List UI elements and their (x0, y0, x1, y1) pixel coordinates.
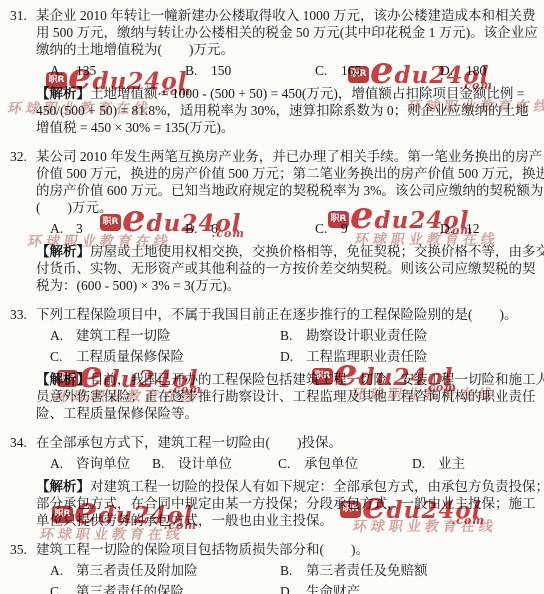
option-label: A. (50, 562, 68, 579)
option-b: B.6 (185, 220, 315, 237)
analysis-label: 【解析】 (36, 86, 90, 101)
question-31: 31. 某企业 2010 年转让一幢新建办公楼取得收入 1000 万元，该办公楼… (10, 7, 530, 136)
analysis-line: 部分承包方式，在合同中规定由某一方投保；分段承包方式，一般由业主投保；施工 (36, 495, 530, 512)
analysis-block: 【解析】目前，我国已开办的工程保险包括建筑工程一切险、安装工程一切险和施工人 员… (36, 371, 530, 422)
question-number: 32. (10, 148, 27, 165)
stem-line: ( )万元。 (36, 199, 530, 216)
option-label: A. (50, 327, 68, 344)
analysis-label: 【解析】 (36, 244, 90, 259)
option-d: D.工程监理职业责任险 (280, 348, 428, 365)
option-text: 135 (76, 63, 96, 78)
option-b: B.第三者责任及免赔额 (280, 562, 428, 579)
analysis-block: 【解析】对建筑工程一切险的投保人有如下规定：全部承包方式，由承包方负责投保； 部… (36, 478, 530, 529)
option-text: 勘察设计职业责任险 (306, 328, 428, 343)
option-text: 生命财产 (306, 584, 360, 594)
option-text: 工程监理职业责任险 (306, 349, 428, 364)
analysis-line: 【解析】目前，我国已开办的工程保险包括建筑工程一切险、安装工程一切险和施工人 (36, 371, 530, 388)
options-row: A.3 B.6 C.9 D.12 (36, 220, 530, 237)
option-label: C. (315, 62, 333, 79)
question-32: 32. 某公司 2010 年发生两笔互换房产业务，并已办理了相关手续。第一笔业务… (10, 148, 530, 294)
stem-line: 下列工程保险项目中，不属于我国目前正在逐步推行的工程保险险别的是( )。 (36, 306, 530, 323)
options-row: A.建筑工程一切险 B.勘察设计职业责任险 (36, 327, 530, 344)
options-row: A.135 B.150 C.165 D.180 (36, 62, 530, 79)
option-text: 咨询单位 (76, 456, 130, 471)
option-text: 工程质量保修保险 (76, 349, 184, 364)
analysis-label: 【解析】 (36, 372, 90, 387)
option-a: A.135 (50, 62, 185, 79)
analysis-line: 【解析】土地增值额 = 1000 - (500 + 50) = 450(万元)，… (36, 85, 530, 102)
analysis-line: 税为：(600 - 500) × 3% = 3(万元)。 (36, 277, 530, 294)
option-d: D.业主 (412, 455, 465, 472)
option-b: B.设计单位 (152, 455, 278, 472)
question-number: 33. (10, 306, 27, 323)
analysis-label: 【解析】 (36, 479, 90, 494)
option-label: A. (50, 62, 68, 79)
exam-page: 31. 某企业 2010 年转让一幢新建办公楼取得收入 1000 万元，该办公楼… (0, 0, 544, 594)
option-text: 第三者责任的保险 (76, 584, 184, 594)
option-text: 第三者责任及免赔额 (306, 563, 428, 578)
question-34: 34. 在全部承包方式下，建筑工程一切险由( )投保。 A.咨询单位 B.设计单… (10, 434, 530, 529)
option-label: B. (185, 62, 203, 79)
option-text: 建筑工程一切险 (76, 328, 171, 343)
analysis-line: 【解析】房屋或土地使用权相交换，交换价格相等，免征契税；交换价格不等，由多交 (36, 243, 530, 260)
option-label: B. (280, 327, 298, 344)
option-text: 业主 (438, 456, 465, 471)
option-c: C.9 (315, 220, 440, 237)
option-text: 3 (76, 221, 83, 236)
option-c: C.165 (315, 62, 440, 79)
stem-line: 建筑工程一切险的保险项目包括物质损失部分和( )。 (36, 541, 530, 558)
analysis-text: 房屋或土地使用权相交换，交换价格相等，免征契税；交换价格不等，由多交 (90, 244, 544, 259)
stem-line: 某公司 2010 年发生两笔互换房产业务，并已办理了相关手续。第一笔业务换出的房… (36, 148, 530, 165)
options-row: C.第三者责任的保险 D.生命财产 (36, 583, 530, 594)
option-d: D.生命财产 (280, 583, 360, 594)
option-a: A.第三者责任及附加险 (50, 562, 280, 579)
option-label: A. (50, 455, 68, 472)
option-label: C. (50, 583, 68, 594)
option-label: C. (315, 220, 333, 237)
question-number: 35. (10, 541, 27, 558)
option-b: B.勘察设计职业责任险 (280, 327, 428, 344)
option-label: D. (412, 455, 430, 472)
options-row: A.咨询单位 B.设计单位 C.承包单位 D.业主 (36, 455, 530, 472)
option-text: 设计单位 (178, 456, 232, 471)
question-number: 31. (10, 7, 27, 24)
question-35: 35. 建筑工程一切险的保险项目包括物质损失部分和( )。 A.第三者责任及附加… (10, 541, 530, 594)
question-33: 33. 下列工程保险项目中，不属于我国目前正在逐步推行的工程保险险别的是( )。… (10, 306, 530, 422)
analysis-block: 【解析】房屋或土地使用权相交换，交换价格相等，免征契税；交换价格不等，由多交 付… (36, 243, 530, 294)
option-d: D.180 (440, 62, 486, 79)
option-label: D. (280, 583, 298, 594)
option-text: 150 (211, 63, 231, 78)
option-label: D. (280, 348, 298, 365)
analysis-text: 土地增值额 = 1000 - (500 + 50) = 450(万元)，增值额占… (90, 86, 524, 101)
options-row: C.工程质量保修保险 D.工程监理职业责任险 (36, 348, 530, 365)
option-label: D. (440, 62, 458, 79)
option-a: A.建筑工程一切险 (50, 327, 280, 344)
analysis-line: 增值税 = 450 × 30% = 135(万元)。 (36, 119, 530, 136)
option-label: B. (185, 220, 203, 237)
option-d: D.12 (440, 220, 480, 237)
option-label: B. (152, 455, 170, 472)
option-text: 承包单位 (304, 456, 358, 471)
option-text: 6 (211, 221, 218, 236)
stem-line: 某企业 2010 年转让一幢新建办公楼取得收入 1000 万元，该办公楼建造成本… (36, 7, 530, 24)
option-a: A.咨询单位 (50, 455, 152, 472)
option-text: 165 (341, 63, 361, 78)
option-label: A. (50, 220, 68, 237)
analysis-block: 【解析】土地增值额 = 1000 - (500 + 50) = 450(万元)，… (36, 85, 530, 136)
stem-line: 的房产价值 600 万元。已知当地政府规定的契税税率为 3%。该公司应缴纳的契税… (36, 182, 530, 199)
option-label: B. (280, 562, 298, 579)
option-text: 180 (466, 63, 486, 78)
analysis-line: 员意外伤害保险；正在逐步推行勘察设计、工程监理及其他工程咨询机构的职业责任 (36, 388, 530, 405)
analysis-line: 单位只提供劳务的承包方式，一般也由业主投保。 (36, 512, 530, 529)
question-number: 34. (10, 434, 27, 451)
analysis-line: 险、工程质量保修保险等。 (36, 405, 530, 422)
option-c: C.第三者责任的保险 (50, 583, 280, 594)
option-c: C.工程质量保修保险 (50, 348, 280, 365)
stem-line: 用 500 万元，缴纳与转让办公楼相关的税金 50 万元(其中印花税金 1 万元… (36, 24, 530, 41)
stem-line: 缴纳的土地增值税为( )万元。 (36, 41, 530, 58)
analysis-text: 对建筑工程一切险的投保人有如下规定：全部承包方式，由承包方负责投保； (90, 479, 544, 494)
analysis-line: 【解析】对建筑工程一切险的投保人有如下规定：全部承包方式，由承包方负责投保； (36, 478, 530, 495)
option-text: 第三者责任及附加险 (76, 563, 198, 578)
analysis-line: 付货币、实物、无形资产或其他利益的一方按价差交纳契税。则该公司应缴契税的契 (36, 260, 530, 277)
option-c: C.承包单位 (278, 455, 412, 472)
option-b: B.150 (185, 62, 315, 79)
option-label: C. (50, 348, 68, 365)
analysis-text: 目前，我国已开办的工程保险包括建筑工程一切险、安装工程一切险和施工人 (90, 372, 544, 387)
analysis-line: 450/(500 + 50) = 81.8%，适用税率为 30%，速算扣除系数为… (36, 102, 530, 119)
stem-line: 价值 500 万元，换进的房产价值 500 万元；第二笔业务换出的房产价值 50… (36, 165, 530, 182)
option-label: D. (440, 220, 458, 237)
option-text: 9 (341, 221, 348, 236)
option-text: 12 (466, 221, 480, 236)
stem-line: 在全部承包方式下，建筑工程一切险由( )投保。 (36, 434, 530, 451)
options-row: A.第三者责任及附加险 B.第三者责任及免赔额 (36, 562, 530, 579)
option-a: A.3 (50, 220, 185, 237)
option-label: C. (278, 455, 296, 472)
